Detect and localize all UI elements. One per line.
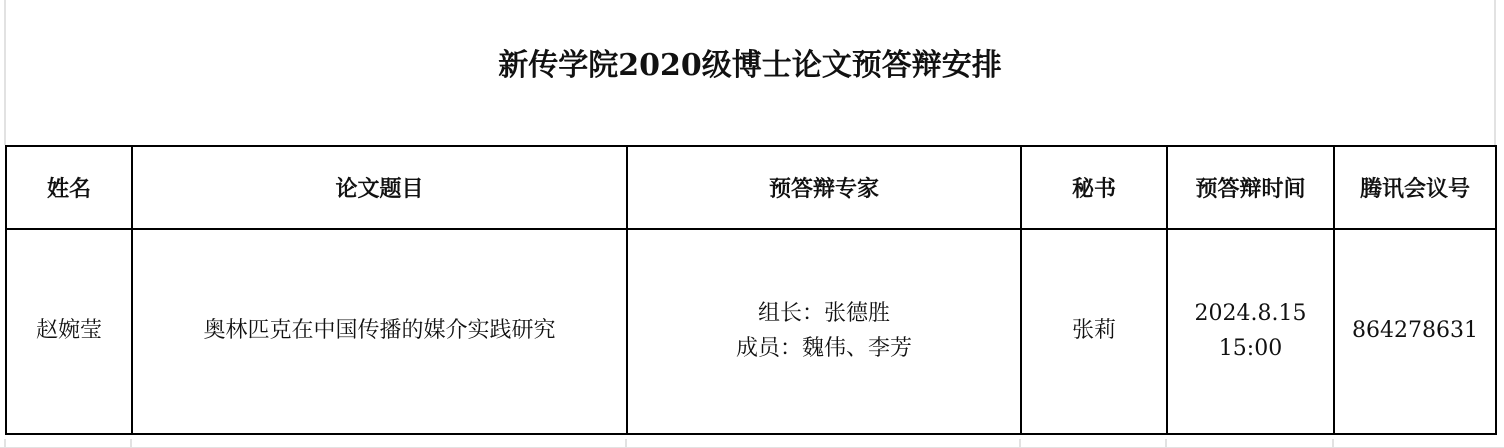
defense-date: 2024.8.15 (1168, 297, 1333, 331)
expert-leader-line: 组长：张德胜 (628, 297, 1020, 331)
header-time[interactable]: 预答辩时间 (1167, 146, 1334, 229)
members-names: 魏伟、李芳 (802, 336, 912, 361)
header-secretary[interactable]: 秘书 (1021, 146, 1167, 229)
cell-meeting-id[interactable]: 864278631 (1334, 229, 1496, 434)
page-title: 新传学院2020级博士论文预答辩安排 (5, 0, 1495, 145)
cell-experts[interactable]: 组长：张德胜 成员：魏伟、李芳 (627, 229, 1021, 434)
members-label: 成员： (736, 336, 802, 361)
gridline-below-col5 (1165, 439, 1167, 448)
leader-label: 组长： (758, 301, 824, 326)
defense-schedule-table: 姓名 论文题目 预答辩专家 秘书 预答辩时间 腾讯会议号 赵婉莹 奥林匹克在中国… (5, 145, 1497, 435)
gridline-below-col4 (1019, 439, 1021, 448)
header-meeting-id[interactable]: 腾讯会议号 (1334, 146, 1496, 229)
cell-thesis-title[interactable]: 奥林匹克在中国传播的媒介实践研究 (132, 229, 627, 434)
leader-name: 张德胜 (824, 301, 890, 326)
table-row: 赵婉莹 奥林匹克在中国传播的媒介实践研究 组长：张德胜 成员：魏伟、李芳 张莉 … (6, 229, 1496, 434)
header-experts[interactable]: 预答辩专家 (627, 146, 1021, 229)
gridline-below-col2 (130, 439, 132, 448)
header-name[interactable]: 姓名 (6, 146, 132, 229)
header-thesis-title[interactable]: 论文题目 (132, 146, 627, 229)
table-header-row: 姓名 论文题目 预答辩专家 秘书 预答辩时间 腾讯会议号 (6, 146, 1496, 229)
expert-members-line: 成员：魏伟、李芳 (628, 332, 1020, 366)
cell-time[interactable]: 2024.8.15 15:00 (1167, 229, 1334, 434)
cell-name[interactable]: 赵婉莹 (6, 229, 132, 434)
cell-secretary[interactable]: 张莉 (1021, 229, 1167, 434)
spreadsheet-sheet: 新传学院2020级博士论文预答辩安排 姓名 论文题目 预答辩专家 秘书 预答辩时… (0, 0, 1504, 448)
defense-clock-time: 15:00 (1168, 332, 1333, 366)
gridline-below-col1 (4, 439, 6, 448)
gridline-below-col3 (625, 439, 627, 448)
gridline-below-col6 (1332, 439, 1334, 448)
